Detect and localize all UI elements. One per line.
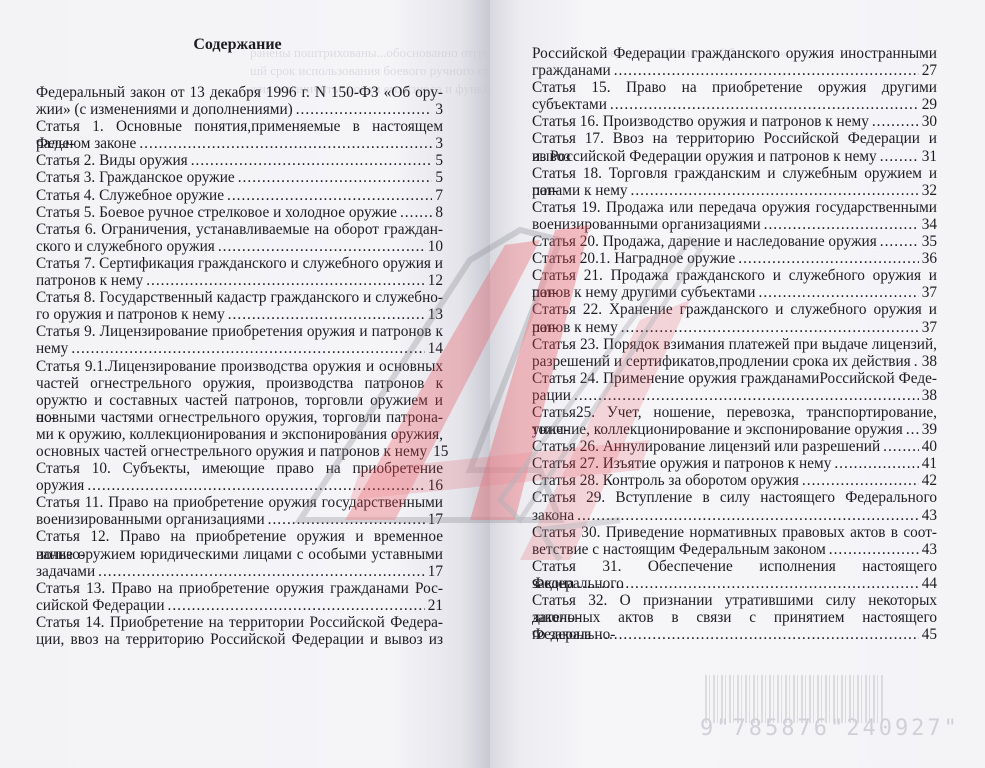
toc-entry-text: из Российской Федерации оружия и патроно… bbox=[532, 148, 877, 165]
toc-entry: Статья 7. Сертификация гражданского и сл… bbox=[36, 255, 443, 289]
toc-entry-text: ветствие с настоящим Федеральным законом bbox=[532, 541, 826, 558]
toc-entry-text: патронов к нему bbox=[36, 272, 143, 289]
toc-entry-last-line: оружия16 bbox=[36, 477, 443, 494]
toc-page-number: 42 bbox=[922, 472, 937, 489]
toc-entry-text: Статья 20. Продажа, дарение и наследован… bbox=[532, 233, 877, 250]
toc-entry: Статья 14. Приобретение на территории Ро… bbox=[36, 614, 443, 648]
toc-page-number: 14 bbox=[428, 340, 443, 357]
toc-entry: Статья 20.1. Наградное оружие36 bbox=[532, 250, 937, 267]
toc-entry: Федеральный закон от 13 декабря 1996 г. … bbox=[36, 84, 443, 118]
toc-entry: Статья 11. Право на приобретение оружия … bbox=[36, 494, 443, 528]
toc-entry-line: Статья 22. Хранение гражданского и служе… bbox=[532, 301, 937, 318]
toc-entry: Статья 26. Аннулирование лицензий или ра… bbox=[532, 438, 937, 455]
toc-entry: Статья 29. Вступление в силу настоящего … bbox=[532, 489, 937, 523]
toc-entry-line: Статья 7. Сертификация гражданского и сл… bbox=[36, 255, 443, 272]
toc-entry: Статья 2. Виды оружия5 bbox=[36, 152, 443, 169]
toc-entry: Статья 17. Ввоз на территорию Российской… bbox=[532, 130, 937, 164]
toc-page-number: 37 bbox=[922, 319, 937, 336]
toc-entry: Статья 3. Гражданское оружие5 bbox=[36, 169, 443, 186]
toc-page-number: 15 bbox=[433, 443, 448, 460]
toc-entry-text: Статья 2. Виды оружия bbox=[36, 152, 188, 169]
toc-entry-line: Статья 23. Порядок взимания платежей при… bbox=[532, 336, 937, 353]
toc-entry-line: Статья 6. Ограничения, устанавливаемые н… bbox=[36, 221, 443, 238]
toc-page-number: 16 bbox=[428, 477, 443, 494]
toc-page-number: 7 bbox=[435, 187, 443, 204]
toc-entry-last-line: ронов к нему37 bbox=[532, 319, 937, 336]
toc-entry-line: Статья 12. Право на приобретение оружия … bbox=[36, 528, 443, 545]
toc-entry-last-line: ского и служебного оружия10 bbox=[36, 238, 443, 255]
toc-entry-text: сийской Федерации bbox=[36, 597, 165, 614]
toc-entry: Российской Федерации гражданского оружия… bbox=[532, 45, 937, 79]
toc-page-number: 36 bbox=[922, 250, 937, 267]
toc-entry-line: Статья 30. Приведение нормативных правов… bbox=[532, 524, 937, 541]
toc-entry: Статья 27. Изъятие оружия и патронов к н… bbox=[532, 455, 937, 472]
toc-entry-line: ции, ввоз на территорию Российской Федер… bbox=[36, 631, 443, 648]
dot-leader bbox=[914, 353, 919, 370]
toc-entry-line: Статья 8. Государственный кадастр гражда… bbox=[36, 289, 443, 306]
toc-entry-text: военизированными организациями bbox=[532, 216, 761, 233]
toc-entry: Статья25. Учет, ношение, перевозка, тран… bbox=[532, 404, 937, 438]
dot-leader bbox=[614, 62, 919, 79]
toc-entry-line: Статья 18. Торговля гражданским и служеб… bbox=[532, 165, 937, 182]
dot-leader bbox=[880, 233, 919, 250]
dot-leader bbox=[906, 421, 919, 438]
dot-leader bbox=[880, 148, 919, 165]
toc-entry-last-line: Статья 27. Изъятие оружия и патронов к н… bbox=[532, 455, 937, 472]
toc-entry-text: Статья 20.1. Наградное оружие bbox=[532, 250, 735, 267]
dot-leader bbox=[577, 507, 919, 524]
toc-entry-last-line: закона43 bbox=[532, 507, 937, 524]
toc-page-number: 27 bbox=[922, 62, 937, 79]
toc-entry: Статья 21. Продажа гражданского и служеб… bbox=[532, 267, 937, 301]
dot-leader bbox=[764, 216, 919, 233]
toc-page-number: 38 bbox=[922, 387, 937, 404]
toc-entry-last-line: Статья 2. Виды оружия5 bbox=[36, 152, 443, 169]
dot-leader bbox=[71, 340, 424, 357]
toc-entry: Статья 15. Право на приобретение оружия … bbox=[532, 79, 937, 113]
dot-leader bbox=[621, 319, 919, 336]
toc-entry-last-line: го оружия и патронов к нему13 bbox=[36, 306, 443, 323]
toc-entry-line: Статья25. Учет, ношение, перевозка, тран… bbox=[532, 404, 937, 421]
toc-entry: Статья 12. Право на приобретение оружия … bbox=[36, 528, 443, 579]
toc-page-number: 5 bbox=[435, 169, 443, 186]
toc-entry-last-line: рации38 bbox=[532, 387, 937, 404]
dot-leader bbox=[883, 438, 919, 455]
toc-entry-line: Статья 15. Право на приобретение оружия … bbox=[532, 79, 937, 96]
toc-entry-text: закона bbox=[532, 575, 574, 592]
dot-leader bbox=[872, 113, 919, 130]
toc-entry: Статья 13. Право на приобретение оружия … bbox=[36, 580, 443, 614]
dot-leader bbox=[610, 96, 919, 113]
dot-leader bbox=[191, 152, 433, 169]
toc-entry-text: Статья 16. Производство оружия и патроно… bbox=[532, 113, 869, 130]
toc-entry: Статья 9. Лицензирование приобретения ор… bbox=[36, 323, 443, 357]
toc-entry-last-line: ронами к нему32 bbox=[532, 182, 937, 199]
toc-entry-last-line: из Российской Федерации оружия и патроно… bbox=[532, 148, 937, 165]
toc-entry-line: новными частями огнестрельного оружия, т… bbox=[36, 409, 443, 426]
dot-leader bbox=[98, 563, 425, 580]
toc-entry-text: тожение, коллекционирование и экспониров… bbox=[532, 421, 903, 438]
toc-entry: Статья 8. Государственный кадастр гражда… bbox=[36, 289, 443, 323]
toc-entry: Статья 5. Боевое ручное стрелковое и хол… bbox=[36, 204, 443, 221]
toc-entry-last-line: гражданами27 bbox=[532, 62, 937, 79]
dot-leader bbox=[227, 187, 432, 204]
toc-entry-last-line: Статья 16. Производство оружия и патроно… bbox=[532, 113, 937, 130]
dot-leader bbox=[146, 272, 425, 289]
toc-entry-last-line: Статья 3. Гражданское оружие5 bbox=[36, 169, 443, 186]
toc-entry-last-line: тожение, коллекционирование и экспониров… bbox=[532, 421, 937, 438]
dot-leader bbox=[759, 284, 919, 301]
toc-entry: Статья 6. Ограничения, устанавливаемые н… bbox=[36, 221, 443, 255]
dot-leader bbox=[594, 626, 918, 643]
toc-entry: Статья 23. Порядок взимания платежей при… bbox=[532, 336, 937, 370]
toc-entry: Статья 9.1.Лицензирование производства о… bbox=[36, 358, 443, 461]
dot-leader bbox=[802, 472, 919, 489]
toc-entry-text: оружия bbox=[36, 477, 84, 494]
toc-entry-text: военизированными организациями bbox=[36, 511, 265, 528]
bleed-through-barcode-digits: 9"785876"240927" bbox=[700, 716, 960, 741]
toc-page-number: 41 bbox=[922, 455, 937, 472]
toc-page-number: 43 bbox=[922, 507, 937, 524]
toc-entry-last-line: разрешений и сертификатов,продлении срок… bbox=[532, 353, 937, 370]
dot-leader bbox=[296, 101, 433, 118]
dot-leader bbox=[87, 477, 424, 494]
dot-leader bbox=[631, 182, 919, 199]
toc-entry: Статья 1. Основные понятия,применяемые в… bbox=[36, 118, 443, 152]
toc-entry-text: го закона bbox=[532, 626, 591, 643]
toc-entry-last-line: Статья 4. Служебное оружие7 bbox=[36, 187, 443, 204]
toc-entry-last-line: Статья 5. Боевое ручное стрелковое и хол… bbox=[36, 204, 443, 221]
toc-entry-last-line: ветствие с настоящим Федеральным законом… bbox=[532, 541, 937, 558]
toc-page-number: 38 bbox=[922, 353, 937, 370]
toc-entry-text: го оружия и патронов к нему bbox=[36, 306, 225, 323]
dot-leader bbox=[238, 169, 433, 186]
toc-entry-last-line: задачами17 bbox=[36, 563, 443, 580]
toc-entry-last-line: Статья 20.1. Наградное оружие36 bbox=[532, 250, 937, 267]
toc-entry-line: ми к оружию, коллекционирования и экспон… bbox=[36, 426, 443, 443]
toc-page-number: 3 bbox=[435, 135, 443, 152]
toc-page-number: 45 bbox=[922, 626, 937, 643]
toc-entry-last-line: Статья 28. Контроль за оборотом оружия42 bbox=[532, 472, 937, 489]
toc-entry-text: Статья 4. Служебное оружие bbox=[36, 187, 224, 204]
toc-entry: Статья 28. Контроль за оборотом оружия42 bbox=[532, 472, 937, 489]
toc-entry-text: ронов к нему другими субъектами bbox=[532, 284, 756, 301]
toc-page-number: 35 bbox=[922, 233, 937, 250]
toc-entry-last-line: Статья 26. Аннулирование лицензий или ра… bbox=[532, 438, 937, 455]
toc-entry-text: субъектами bbox=[532, 96, 607, 113]
toc-page-number: 40 bbox=[922, 438, 937, 455]
toc-page-number: 44 bbox=[922, 575, 937, 592]
toc-entry-line: Статья 21. Продажа гражданского и служеб… bbox=[532, 267, 937, 284]
toc-entry-text: Статья 5. Боевое ручное стрелковое и хол… bbox=[36, 204, 397, 221]
toc-entry: Статья 30. Приведение нормативных правов… bbox=[532, 524, 937, 558]
dot-leader bbox=[577, 575, 919, 592]
toc-entry-text: ского и служебного оружия bbox=[36, 238, 215, 255]
toc-entry-text: задачами bbox=[36, 563, 95, 580]
toc-page-number: 37 bbox=[922, 284, 937, 301]
dot-leader bbox=[218, 238, 425, 255]
toc-entry-text: Статья 28. Контроль за оборотом оружия bbox=[532, 472, 799, 489]
dot-leader bbox=[168, 597, 425, 614]
toc-entry-last-line: ральном законе3 bbox=[36, 135, 443, 152]
toc-entry-text: Статья 26. Аннулирование лицензий или ра… bbox=[532, 438, 880, 455]
dot-leader bbox=[228, 306, 425, 323]
right-page: Федеральный закон «Об оружии» 9"785876"2… bbox=[490, 0, 985, 768]
toc-page-number: 17 bbox=[428, 511, 443, 528]
toc-entry-line: Статья 31. Обеспечение исполнения настоя… bbox=[532, 558, 937, 575]
toc-entry-last-line: патронов к нему12 bbox=[36, 272, 443, 289]
toc-entry-line: Федеральный закон от 13 декабря 1996 г. … bbox=[36, 84, 443, 101]
toc-page-number: 12 bbox=[428, 272, 443, 289]
toc-entry-last-line: жии» (с изменениями и дополнениями)3 bbox=[36, 101, 443, 118]
toc-entry-line: Статья 9. Лицензирование приобретения ор… bbox=[36, 323, 443, 340]
toc-page-number: 10 bbox=[428, 238, 443, 255]
toc-entry-line: Статья 9.1.Лицензирование производства о… bbox=[36, 358, 443, 375]
toc-right: Российской Федерации гражданского оружия… bbox=[532, 45, 937, 643]
toc-page-number: 8 bbox=[435, 204, 443, 221]
toc-entry-line: оружтю и составных частей патронов, торг… bbox=[36, 392, 443, 409]
toc-page-number: 17 bbox=[428, 563, 443, 580]
toc-entry-last-line: основных частей огнестрельного оружия и … bbox=[36, 443, 443, 460]
dot-leader bbox=[834, 455, 918, 472]
toc-page-number: 3 bbox=[435, 101, 443, 118]
toc-entry-last-line: нему14 bbox=[36, 340, 443, 357]
toc-entry-line: Статья 29. Вступление в силу настоящего … bbox=[532, 489, 937, 506]
toc-entry-text: ронов к нему bbox=[532, 319, 618, 336]
toc-page-number: 39 bbox=[922, 421, 937, 438]
toc-page-number: 43 bbox=[922, 541, 937, 558]
toc-page-number: 31 bbox=[922, 148, 937, 165]
toc-entry-line: частей огнестрельного оружия, производст… bbox=[36, 375, 443, 392]
toc-entry: Статья 31. Обеспечение исполнения настоя… bbox=[532, 558, 937, 592]
toc-entry-line: дательных актов в связи с принятием наст… bbox=[532, 609, 937, 626]
toc-page-number: 30 bbox=[922, 113, 937, 130]
toc-page-number: 32 bbox=[922, 182, 937, 199]
dot-leader bbox=[829, 541, 919, 558]
toc-entry-last-line: ронов к нему другими субъектами37 bbox=[532, 284, 937, 301]
toc-entry-last-line: субъектами29 bbox=[532, 96, 937, 113]
toc-page-number: 34 bbox=[922, 216, 937, 233]
toc-entry-last-line: военизированными организациями17 bbox=[36, 511, 443, 528]
toc-entry-text: ральном законе bbox=[36, 135, 136, 152]
toc-entry-text: жии» (с изменениями и дополнениями) bbox=[36, 101, 293, 118]
dot-leader bbox=[400, 204, 432, 221]
toc-entry-line: вание оружием юридическими лицами с особ… bbox=[36, 546, 443, 563]
toc-entry-text: закона bbox=[532, 507, 574, 524]
toc-entry-last-line: закона44 bbox=[532, 575, 937, 592]
page-title: Содержание bbox=[0, 36, 475, 54]
toc-entry-line: Статья 32. О признании утратившими силу … bbox=[532, 592, 937, 609]
toc-page-number: 13 bbox=[428, 306, 443, 323]
toc-entry-line: Российской Федерации гражданского оружия… bbox=[532, 45, 937, 62]
toc-entry-last-line: военизированными организациями34 bbox=[532, 216, 937, 233]
toc-entry-line: Статья 13. Право на приобретение оружия … bbox=[36, 580, 443, 597]
toc-entry: Статья 20. Продажа, дарение и наследован… bbox=[532, 233, 937, 250]
dot-leader bbox=[738, 250, 918, 267]
toc-entry-text: нему bbox=[36, 340, 68, 357]
toc-entry: Статья 10. Субъекты, имеющие право на пр… bbox=[36, 460, 443, 494]
toc-page-number: 21 bbox=[428, 597, 443, 614]
toc-entry: Статья 19. Продажа или передача оружия г… bbox=[532, 199, 937, 233]
toc-entry: Статья 24. Применение оружия гражданамиР… bbox=[532, 370, 937, 404]
dot-leader bbox=[574, 387, 919, 404]
toc-entry-line: Статья 10. Субъекты, имеющие право на пр… bbox=[36, 460, 443, 477]
toc-entry-line: Статья 17. Ввоз на территорию Российской… bbox=[532, 130, 937, 147]
toc-entry-text: гражданами bbox=[532, 62, 611, 79]
toc-entry: Статья 22. Хранение гражданского и служе… bbox=[532, 301, 937, 335]
toc-entry-text: Статья 3. Гражданское оружие bbox=[36, 169, 235, 186]
toc-entry-line: Статья 14. Приобретение на территории Ро… bbox=[36, 614, 443, 631]
toc-entry-text: рации bbox=[532, 387, 571, 404]
toc-entry-line: Статья 19. Продажа или передача оружия г… bbox=[532, 199, 937, 216]
toc-page-number: 5 bbox=[435, 152, 443, 169]
left-page: ранены поштрихованы...обоснованно отгрен… bbox=[0, 0, 490, 768]
toc-entry-text: основных частей огнестрельного оружия и … bbox=[36, 443, 427, 460]
toc-entry: Статья 32. О признании утратившими силу … bbox=[532, 592, 937, 643]
dot-leader bbox=[268, 511, 425, 528]
toc-left: Федеральный закон от 13 декабря 1996 г. … bbox=[36, 84, 443, 648]
toc-entry-text: разрешений и сертификатов,продлении срок… bbox=[532, 353, 911, 370]
dot-leader bbox=[139, 135, 432, 152]
toc-entry-last-line: Статья 20. Продажа, дарение и наследован… bbox=[532, 233, 937, 250]
toc-entry-text: ронами к нему bbox=[532, 182, 628, 199]
toc-entry-line: Статья 24. Применение оружия гражданамиР… bbox=[532, 370, 937, 387]
toc-entry: Статья 16. Производство оружия и патроно… bbox=[532, 113, 937, 130]
toc-entry: Статья 4. Служебное оружие7 bbox=[36, 187, 443, 204]
toc-entry-line: Статья 1. Основные понятия,применяемые в… bbox=[36, 118, 443, 135]
toc-entry: Статья 18. Торговля гражданским и служеб… bbox=[532, 165, 937, 199]
bleed-through-text: шй срок использования боевого ручного ст… bbox=[250, 62, 490, 79]
toc-page-number: 29 bbox=[922, 96, 937, 113]
toc-entry-last-line: сийской Федерации21 bbox=[36, 597, 443, 614]
toc-entry-text: Статья 27. Изъятие оружия и патронов к н… bbox=[532, 455, 831, 472]
toc-entry-line: Статья 11. Право на приобретение оружия … bbox=[36, 494, 443, 511]
